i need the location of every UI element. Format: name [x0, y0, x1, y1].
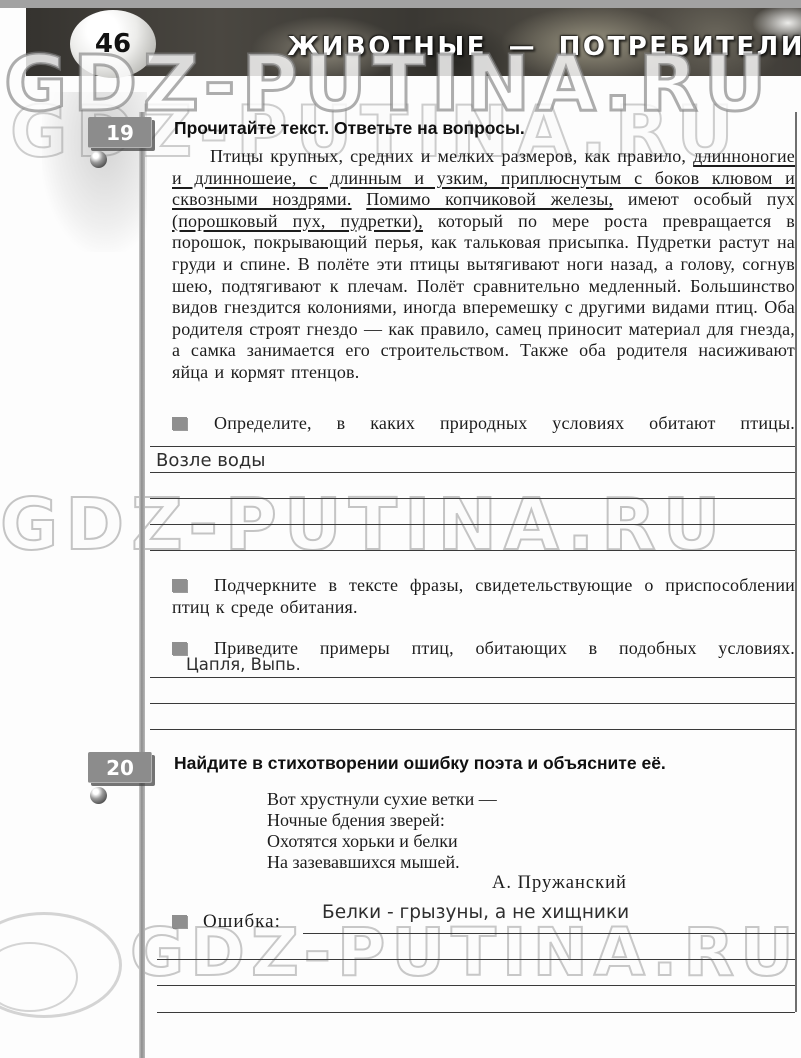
poem-line: Ночные бдения зверей: [267, 810, 497, 831]
top-edge-bar [0, 0, 801, 8]
task-19-instruction: Прочитайте текст. Ответьте на вопросы. [174, 118, 794, 139]
answer-line [150, 678, 795, 704]
square-bullet-icon [172, 579, 187, 592]
task-19-number-badge: 19 [88, 117, 152, 148]
poem-author: А. Пружанский [492, 873, 627, 894]
underlined-phrase: Помимо копчиковой железы, [366, 189, 613, 209]
task-20-number-badge: 20 [88, 752, 152, 783]
question-1: Определите, в каких природных условиях о… [172, 413, 795, 435]
poem-line: Вот хрустнули сухие ветки — [267, 789, 497, 810]
answer-line [150, 473, 795, 499]
answer-line [150, 499, 795, 525]
text-segment: который по мере роста превращается в пор… [172, 211, 795, 382]
poem: Вот хрустнули сухие ветки —Ночные бдения… [267, 789, 497, 873]
sphere-bullet-icon [90, 151, 107, 168]
text-segment: имеют особый пух [613, 189, 795, 209]
underlined-phrase: (порошковый пух, пудретки), [172, 211, 423, 231]
task-20-number: 20 [106, 756, 134, 780]
poem-line: На зазевавшихся мышей. [267, 852, 497, 873]
task-20-instruction: Найдите в стихотворении ошибку поэта и о… [174, 753, 794, 774]
handwritten-answer-3: Цапля, Выпь. [186, 655, 301, 674]
answer-lines-error [157, 933, 795, 1013]
poem-line: Охотятся хорьки и белки [267, 831, 497, 852]
reading-text: Птицы крупных, средних и мелких размеров… [172, 146, 795, 384]
answer-line [157, 933, 795, 960]
sphere-bullet-icon [90, 787, 107, 804]
page-number: 46 [95, 29, 131, 59]
square-bullet-icon [172, 915, 187, 928]
task-19-number: 19 [106, 121, 134, 145]
answer-line [157, 986, 795, 1013]
workbook-page: ЖИВОТНЫЕ — ПОТРЕБИТЕЛИ 46 GDZ-PUTINA.RU … [0, 0, 801, 1058]
chapter-title: ЖИВОТНЫЕ — ПОТРЕБИТЕЛИ [287, 32, 801, 62]
error-prompt: Ошибка: [172, 911, 281, 933]
question-3-text: Приведите примеры птиц, обитающих в подо… [214, 638, 795, 658]
handwritten-answer-1: Возле воды [156, 450, 266, 471]
answer-line [150, 704, 795, 730]
answer-line [157, 960, 795, 987]
page-number-badge: 46 [70, 10, 156, 78]
handwritten-error-answer: Белки - грызуны, а не хищники [322, 902, 629, 923]
square-bullet-icon [172, 642, 187, 655]
text-segment [352, 189, 367, 209]
square-bullet-icon [172, 417, 187, 430]
page-edge-rule-line [795, 112, 797, 1012]
margin-rule-line [139, 112, 145, 1058]
question-1-text: Определите, в каких природных условиях о… [214, 413, 795, 433]
error-label: Ошибка: [203, 911, 281, 932]
scan-shadow [42, 92, 147, 252]
answer-line [150, 525, 795, 551]
question-2: Подчеркните в тексте фразы, свидетельств… [172, 575, 795, 618]
question-2-text: Подчеркните в тексте фразы, свидетельств… [172, 575, 795, 617]
text-segment: Птицы крупных, средних и мелких размеров… [210, 146, 693, 166]
